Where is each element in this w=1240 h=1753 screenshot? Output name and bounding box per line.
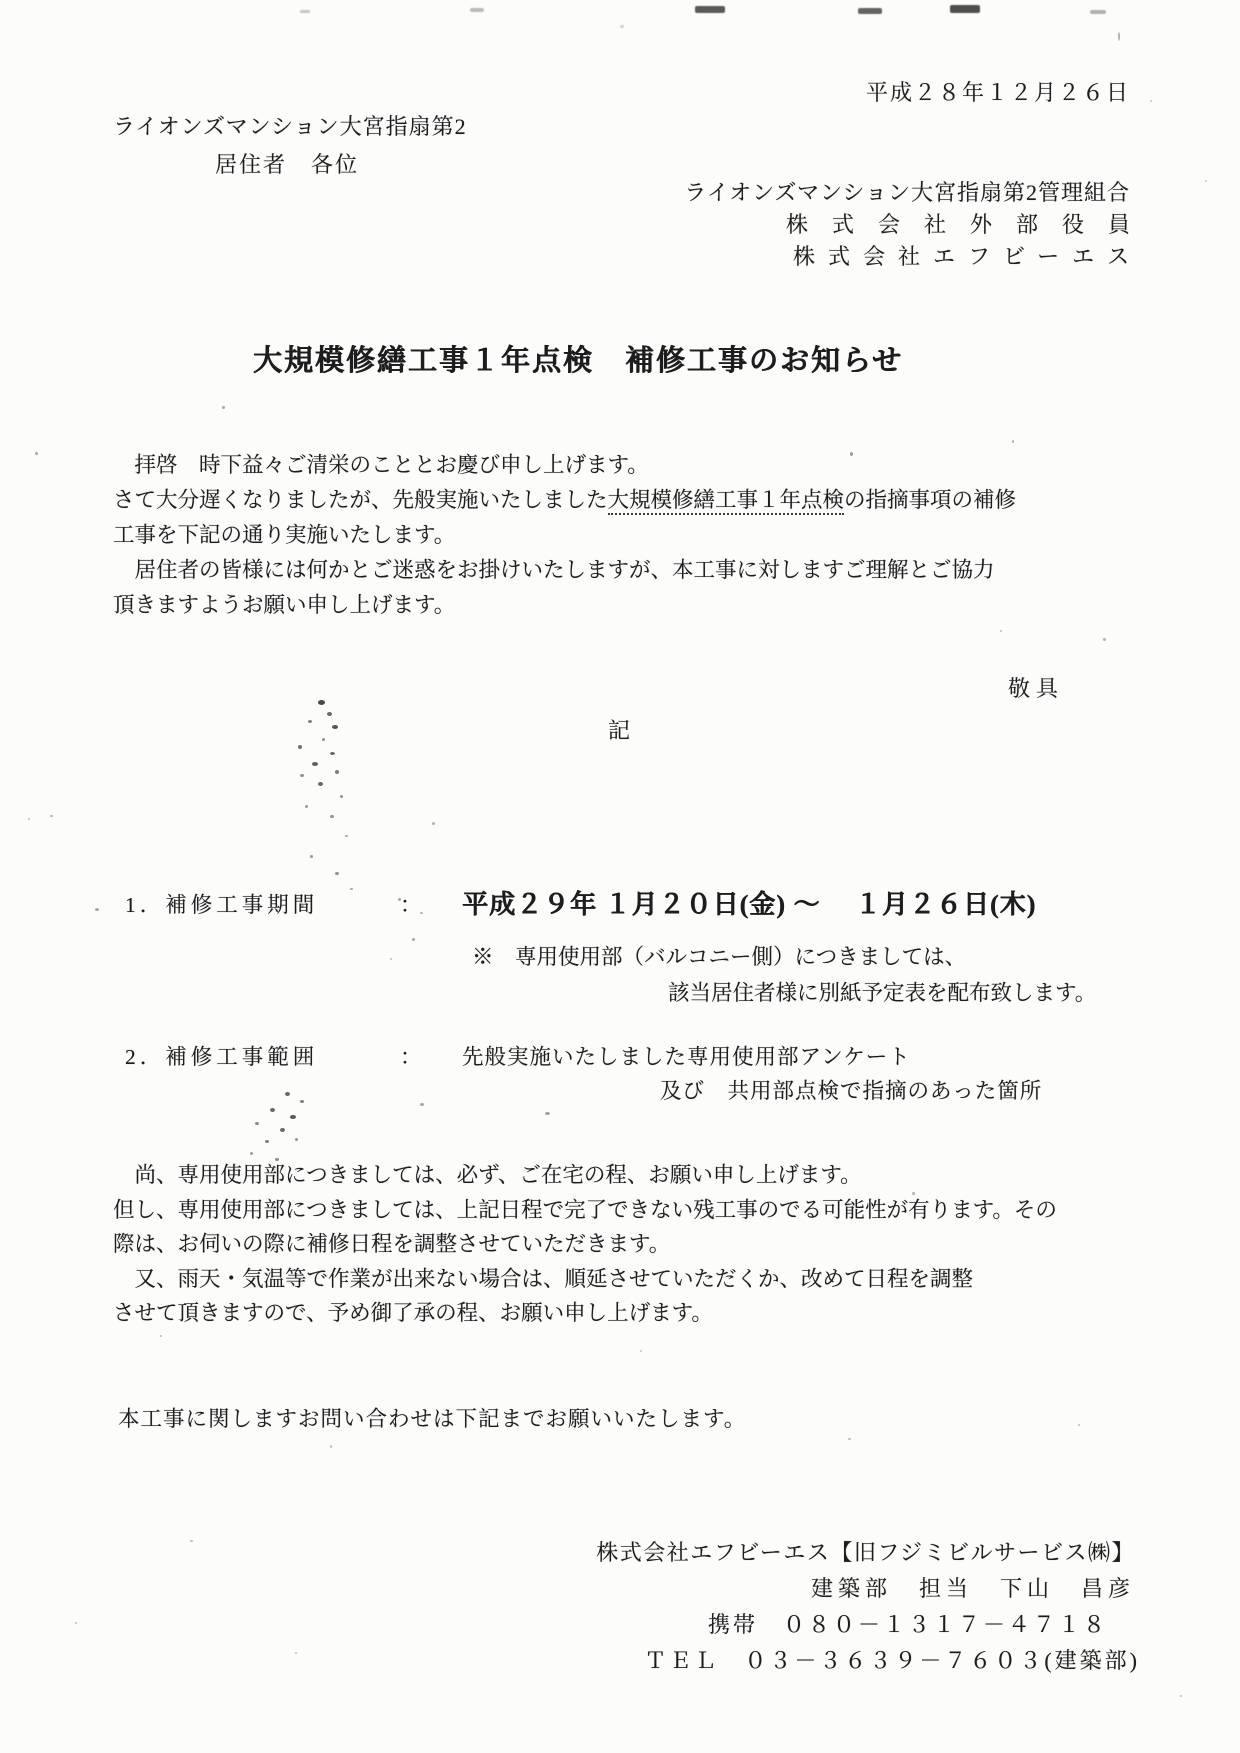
- item2-label: 2．補修工事範囲: [125, 1040, 318, 1071]
- noise-speck: [1180, 1695, 1182, 1697]
- noise-speck: [1103, 638, 1106, 641]
- noise-speck: [95, 908, 99, 911]
- paragraph-line: 拝啓 時下益々ご清栄のこととお慶び申し上げます。: [113, 448, 1016, 483]
- item1-note-line1: ※ 専用使用部（バルコニー側）につきましては、: [472, 940, 966, 971]
- noise-speck: [335, 770, 339, 774]
- addressee-honorific: 居住者 各位: [215, 148, 359, 179]
- noise-speck: [310, 855, 313, 858]
- noise-speck: [305, 805, 308, 808]
- paragraph-line: 頂きますようお願い申し上げます。: [113, 588, 1016, 623]
- item2-scope-value2: 及び 共用部点検で指摘のあった箇所: [660, 1074, 1042, 1105]
- noise-mark: [470, 8, 484, 12]
- noise-speck: [330, 815, 334, 818]
- noise-speck: [420, 1103, 424, 1106]
- noise-speck: [545, 1112, 550, 1115]
- noise-speck: [312, 762, 318, 766]
- noise-mark: [695, 6, 725, 13]
- noise-speck: [75, 1622, 77, 1624]
- noise-speck: [290, 1115, 296, 1119]
- paragraph-line: 際は、お伺いの際に補修日程を調整させていただきます。: [113, 1227, 1057, 1262]
- item1-period-value: 平成２９年 １月２０日(金) ～ １月２６日(木): [462, 884, 1036, 921]
- paragraph-line: 居住者の皆様には何かとご迷惑をお掛けいたしますが、本工事に対しますご理解とご協力: [113, 553, 1016, 588]
- noise-speck: [318, 700, 325, 705]
- noise-speck: [848, 1438, 851, 1440]
- underlined-inspection-phrase: 大規模修繕工事１年点検: [608, 488, 845, 515]
- noise-speck: [412, 938, 415, 941]
- noise-speck: [300, 1100, 304, 1103]
- noise-speck: [432, 822, 435, 825]
- noise-speck: [35, 452, 38, 455]
- opening-paragraph: 拝啓 時下益々ご清栄のこととお慶び申し上げます。 さて大分遅くなりましたが、先般…: [113, 448, 1016, 623]
- addressee-name: ライオンズマンション大宮指扇第2: [113, 110, 467, 141]
- item2-colon: ：: [400, 1040, 422, 1071]
- noise-mark: [858, 8, 882, 14]
- noise-speck: [300, 774, 304, 777]
- noise-speck: [390, 958, 392, 960]
- noise-mark: [300, 10, 310, 13]
- contact-mobile: 携帯 ０８０－１３１７－４７１８: [708, 1608, 1108, 1639]
- noise-speck: [1118, 32, 1120, 41]
- paragraph-line: 工事を下記の通り実施いたします。: [113, 518, 1016, 553]
- item1-label: 1．補修工事期間: [125, 888, 318, 919]
- noise-speck: [330, 752, 335, 755]
- noise-speck: [1205, 180, 1207, 182]
- noise-speck: [28, 818, 30, 820]
- document-page: 平成２８年１２月２６日 ライオンズマンション大宮指扇第2 居住者 各位 ライオン…: [0, 0, 1240, 1753]
- noise-speck: [350, 888, 353, 890]
- noise-speck: [330, 1445, 332, 1448]
- noise-speck: [190, 1540, 193, 1542]
- noise-speck: [1078, 1424, 1080, 1426]
- noise-speck: [1012, 440, 1014, 443]
- noise-speck: [1150, 100, 1152, 102]
- item1-colon: ：: [400, 888, 422, 919]
- sender-company: 株式会社エフビーエス: [793, 240, 1142, 271]
- noise-speck: [340, 795, 343, 798]
- noise-speck: [318, 782, 323, 786]
- noise-speck: [250, 1152, 253, 1155]
- contact-company: 株式会社エフビーエス【旧フジミビルサービス㈱】: [596, 1536, 1135, 1567]
- noise-speck: [255, 1122, 259, 1125]
- noise-mark: [1090, 10, 1106, 14]
- paragraph-line: 尚、専用使用部につきましては、必ず、ご在宅の程、お願い申し上げます。: [113, 1158, 1057, 1193]
- paragraph-line: させて頂きますので、予め御了承の程、お願い申し上げます。: [113, 1296, 1057, 1331]
- item2-scope-value: 先般実施いたしました専用使用部アンケート: [462, 1040, 911, 1071]
- paragraph-line: 但し、専用使用部につきましては、上記日程で完了できない残工事のでる可能性が有りま…: [113, 1193, 1057, 1228]
- noise-speck: [50, 815, 53, 817]
- noise-speck: [270, 1108, 275, 1112]
- noise-speck: [640, 1350, 642, 1352]
- noise-speck: [285, 1092, 290, 1096]
- document-title: 大規模修繕工事１年点検 補修工事のお知らせ: [0, 338, 1198, 379]
- noise-speck: [295, 1652, 297, 1654]
- noise-speck: [295, 1138, 298, 1141]
- noise-speck: [1000, 630, 1002, 632]
- date: 平成２８年１２月２６日: [866, 76, 1130, 107]
- contact-tel: ＴＥＬ ０３－３６３９－７６０３(建築部): [644, 1644, 1140, 1675]
- noise-speck: [345, 835, 348, 837]
- paragraph-text: の指摘事項の補修: [844, 488, 1016, 512]
- notes-paragraph: 尚、専用使用部につきましては、必ず、ご在宅の程、お願い申し上げます。 但し、専用…: [113, 1158, 1057, 1331]
- noise-speck: [298, 745, 302, 749]
- paragraph-line: さて大分遅くなりましたが、先般実施いたしました大規模修繕工事１年点検の指摘事項の…: [113, 483, 1016, 518]
- noise-speck: [280, 1128, 285, 1132]
- noise-speck: [335, 872, 339, 875]
- noise-speck: [222, 406, 225, 409]
- noise-mark: [620, 25, 624, 28]
- item1-note-line2: 該当居住者様に別紙予定表を配布致します。: [668, 976, 1096, 1007]
- closing-keigu: 敬具: [1008, 672, 1064, 703]
- sender-officers: 株式会社外部役員: [786, 208, 1154, 239]
- noise-speck: [160, 1335, 162, 1337]
- sender-association: ライオンズマンション大宮指扇第2管理組合: [684, 176, 1130, 207]
- contact-person: 建築部 担当 下山 昌彦: [811, 1572, 1135, 1603]
- record-mark: 記: [0, 714, 1240, 745]
- noise-mark: [950, 5, 980, 13]
- paragraph-text: さて大分遅くなりましたが、先般実施いたしました: [113, 488, 608, 512]
- noise-speck: [265, 1140, 269, 1143]
- inquiry-line: 本工事に関しますお問い合わせは下記までお願いいたします。: [118, 1402, 746, 1433]
- paragraph-line: 又、雨天・気温等で作業が出来ない場合は、順延させていただくか、改めて日程を調整: [113, 1262, 1057, 1297]
